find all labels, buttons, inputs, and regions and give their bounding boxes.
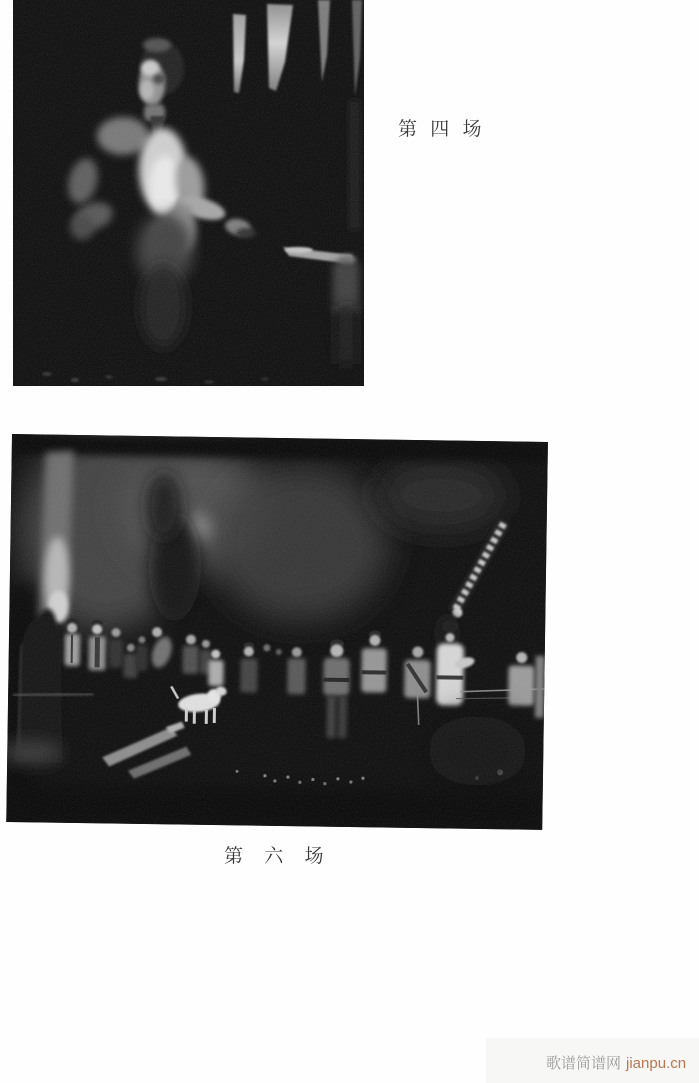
photo-scene-four (13, 0, 364, 386)
book-page: 第 四 场 (0, 0, 699, 1083)
watermark: 歌谱简谱网jianpu.cn (546, 1056, 686, 1073)
watermark-site-name: 歌谱简谱网 (546, 1055, 621, 1072)
film-grain-overlay (6, 434, 548, 830)
photo-scene-six (6, 434, 548, 830)
scene-six-photo-image (6, 434, 548, 830)
caption-scene-six: 第 六 场 (224, 847, 332, 866)
caption-scene-four: 第 四 场 (398, 120, 486, 139)
scene-four-photo-image (13, 0, 364, 386)
film-grain-overlay (13, 0, 364, 386)
watermark-site-url: jianpu.cn (626, 1055, 686, 1072)
